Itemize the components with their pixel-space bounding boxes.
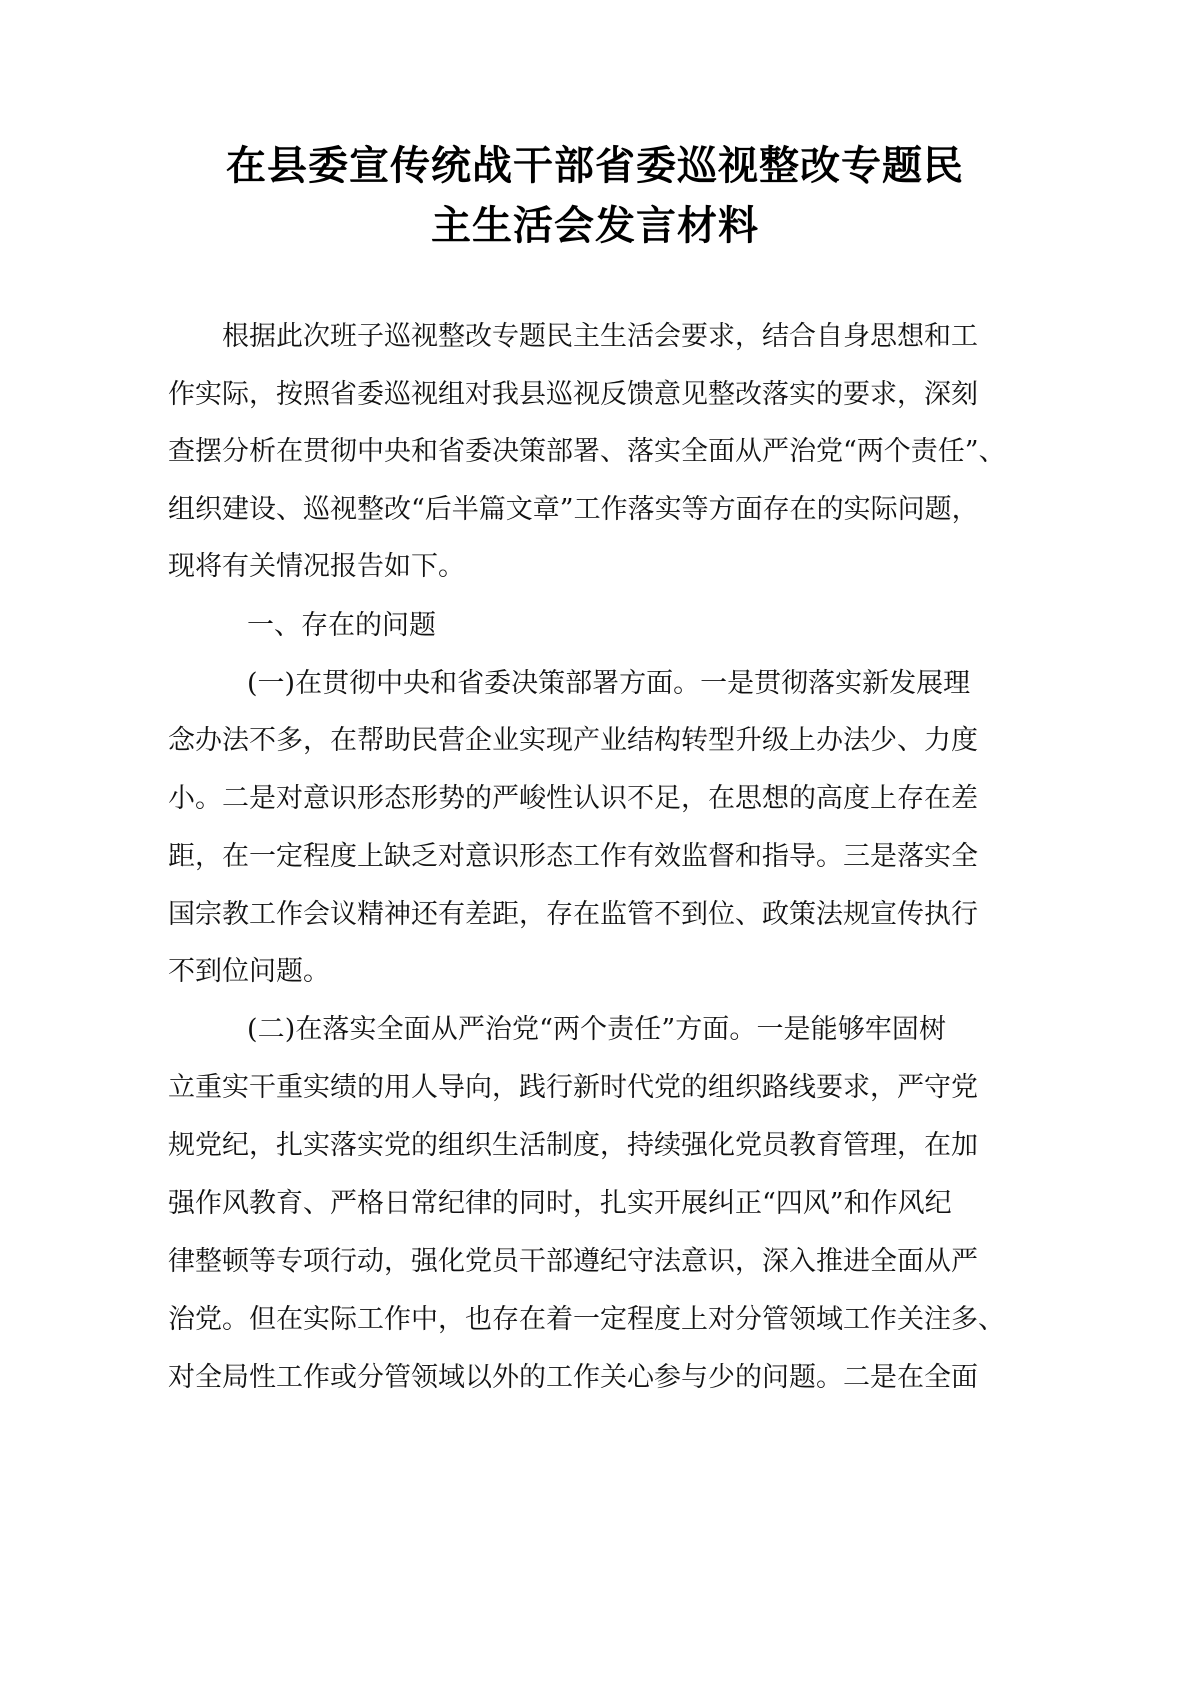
paragraph-line: 念办法不多，在帮助民营企业实现产业结构转型升级上办法少、力度 — [168, 724, 946, 758]
paragraph-line: 一、存在的问题 — [247, 609, 946, 643]
paragraph-line: 现将有关情况报告如下。 — [168, 550, 946, 584]
paragraph-line: 作实际，按照省委巡视组对我县巡视反馈意见整改落实的要求，深刻 — [168, 378, 946, 412]
paragraph-line: 立重实干重实绩的用人导向，践行新时代党的组织路线要求，严守党 — [168, 1071, 946, 1105]
title-line-1: 在县委宣传统战干部省委巡视整改专题民 — [150, 136, 1040, 196]
paragraph-line: 小。二是对意识形态形势的严峻性认识不足，在思想的高度上存在差 — [168, 782, 946, 816]
paragraph-line: 查摆分析在贯彻中央和省委决策部署、落实全面从严治党“两个责任”、 — [168, 435, 946, 469]
title-line-2: 主生活会发言材料 — [150, 196, 1040, 256]
paragraph-line: 根据此次班子巡视整改专题民主生活会要求，结合自身思想和工 — [222, 320, 946, 354]
paragraph-line: (一)在贯彻中央和省委决策部署方面。一是贯彻落实新发展理 — [247, 667, 946, 701]
paragraph-line: 律整顿等专项行动，强化党员干部遵纪守法意识，深入推进全面从严 — [168, 1245, 946, 1279]
paragraph-line: 国宗教工作会议精神还有差距，存在监管不到位、政策法规宣传执行 — [168, 898, 946, 932]
paragraph-line: 组织建设、巡视整改“后半篇文章”工作落实等方面存在的实际问题， — [168, 493, 946, 527]
document-page: 在县委宣传统战干部省委巡视整改专题民 主生活会发言材料 根据此次班子巡视整改专题… — [0, 0, 1190, 1683]
document-title: 在县委宣传统战干部省委巡视整改专题民 主生活会发言材料 — [150, 136, 1040, 256]
paragraph-line: 强作风教育、严格日常纪律的同时，扎实开展纠正“四风”和作风纪 — [168, 1187, 946, 1221]
paragraph-line: 治党。但在实际工作中，也存在着一定程度上对分管领域工作关注多、 — [168, 1303, 946, 1337]
paragraph-line: (二)在落实全面从严治党“两个责任”方面。一是能够牢固树 — [247, 1013, 946, 1047]
paragraph-line: 不到位问题。 — [168, 955, 946, 989]
paragraph-line: 距，在一定程度上缺乏对意识形态工作有效监督和指导。三是落实全 — [168, 840, 946, 874]
paragraph-line: 对全局性工作或分管领域以外的工作关心参与少的问题。二是在全面 — [168, 1361, 946, 1395]
paragraph-line: 规党纪，扎实落实党的组织生活制度，持续强化党员教育管理，在加 — [168, 1129, 946, 1163]
